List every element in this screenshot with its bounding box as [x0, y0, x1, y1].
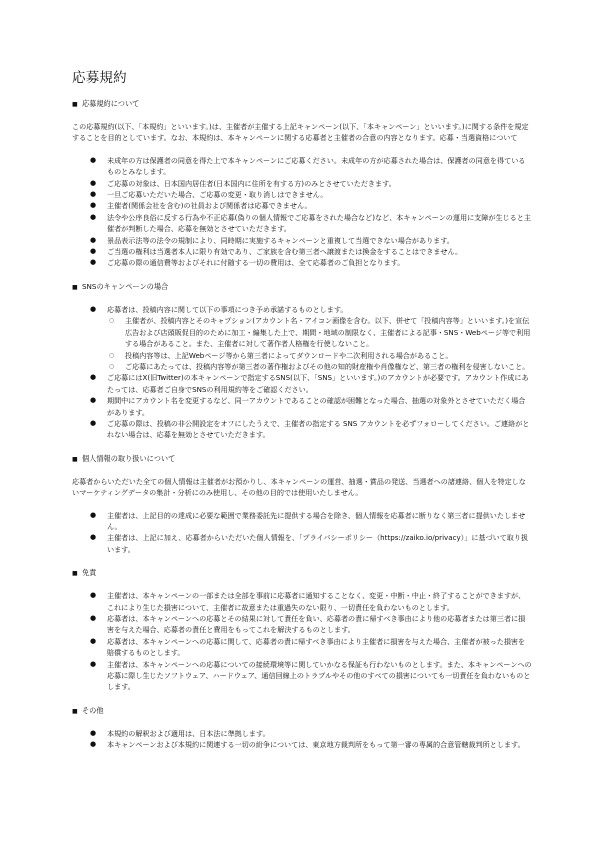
list-item: ●ご応募の際は、投稿の非公開設定をオフにしたうえで、主催者の指定する SNS ア… — [72, 418, 532, 441]
section-application-terms: ■ 応募規約について この応募規約(以下、「本規約」といいます。)は、主催者が主… — [72, 98, 532, 269]
list-item: ●応募者は、本キャンペーンへの応募とその結果に対して責任を負い、応募者の責に帰す… — [72, 613, 532, 636]
list-item: ●ご応募の際の通信費等およびそれに付随する一切の費用は、全て応募者のご負担となり… — [72, 257, 532, 268]
bullet-icon: ● — [90, 659, 96, 670]
sub-list-item: ○ご応募にあたっては、投稿内容等が第三者の著作権およびその他の知的財産権や肖像権… — [107, 361, 532, 372]
bullet-icon: ● — [90, 304, 96, 315]
sub-list-item: ○主催者が、投稿内容とそのキャプション(アカウント名・アイコン画像を含む。以下、… — [107, 315, 532, 349]
circle-bullet-icon: ○ — [109, 361, 114, 372]
bullet-icon: ● — [90, 246, 96, 257]
bullet-icon: ● — [90, 189, 96, 200]
section-heading: ■ その他 — [72, 705, 532, 717]
list-item: ●主催者は、本キャンペーンへの応募についての接続環境等に関していかなる保証も行わ… — [72, 659, 532, 693]
bullet-icon: ● — [90, 257, 96, 268]
list-item: ●期間中にアカウント名を変更するなど、同一アカウントであることの確認が困難となっ… — [72, 395, 532, 418]
list-item: ●応募者は、本キャンペーンへの応募に関して、応募者の責に帰すべき事由により主催者… — [72, 636, 532, 659]
bullet-list: ●主催者は、本キャンペーンの一部または全部を事前に応募者に通知することなく、変更… — [72, 590, 532, 693]
list-item: ●主催者(関係会社を含む)の社員および関係者は応募できません。 — [72, 200, 532, 211]
list-item: ●主催者は、上記目的の達成に必要な範囲で業務委託先に提供する場合を除き、個人情報… — [72, 510, 532, 533]
bullet-icon: ● — [90, 178, 96, 189]
bullet-list: ●応募者は、投稿内容に関して以下の事項につき予め承諾するものとします。 ○主催者… — [72, 304, 532, 441]
bullet-icon: ● — [90, 590, 96, 601]
section-paragraph: 応募者からいただいた全ての個人情報は主催者がお預かりし、本キャンペーンの運営、抽… — [72, 476, 532, 499]
bullet-icon: ● — [90, 212, 96, 223]
section-sns-campaign: ■ SNSのキャンペーンの場合 ●応募者は、投稿内容に関して以下の事項につき予め… — [72, 281, 532, 441]
document-page: 応募規約 ■ 応募規約について この応募規約(以下、「本規約」といいます。)は、… — [72, 66, 532, 763]
list-item: ●未成年の方は保護者の同意を得た上で本キャンペーンにご応募ください。未成年の方が… — [72, 155, 532, 178]
bullet-icon: ● — [90, 510, 96, 521]
square-marker-icon: ■ — [72, 708, 78, 715]
list-item: ●ご応募にはX(旧Twitter)の本キャンペーンで指定するSNS(以下、「SN… — [72, 372, 532, 395]
circle-bullet-icon: ○ — [109, 350, 114, 361]
section-paragraph: この応募規約(以下、「本規約」といいます。)は、主催者が主催する上記キャンペーン… — [72, 121, 532, 144]
square-marker-icon: ■ — [72, 456, 78, 463]
section-heading: ■ 個人情報の取り扱いについて — [72, 453, 532, 465]
bullet-icon: ● — [90, 739, 96, 750]
section-personal-information: ■ 個人情報の取り扱いについて 応募者からいただいた全ての個人情報は主催者がお預… — [72, 453, 532, 555]
bullet-list: ●主催者は、上記目的の達成に必要な範囲で業務委託先に提供する場合を除き、個人情報… — [72, 510, 532, 556]
list-item: ●景品表示法等の法令の規制により、同時期に実施するキャンペーンと重複して当選でき… — [72, 235, 532, 246]
bullet-icon: ● — [90, 395, 96, 406]
section-disclaimer: ■ 免責 ●主催者は、本キャンペーンの一部または全部を事前に応募者に通知すること… — [72, 567, 532, 693]
bullet-icon: ● — [90, 613, 96, 624]
bullet-list: ●本規約の解釈および適用は、日本法に準拠します。 ●本キャンペーンおよび本規約に… — [72, 728, 532, 751]
sub-list-item: ○投稿内容等は、上記Webページ等から第三者によってダウンロードや二次利用される… — [107, 350, 532, 361]
bullet-icon: ● — [90, 532, 96, 543]
list-item: ●本規約の解釈および適用は、日本法に準拠します。 — [72, 728, 532, 739]
bullet-icon: ● — [90, 728, 96, 739]
list-item: ●一旦ご応募いただいた場合、ご応募の変更・取り消しはできません。 — [72, 189, 532, 200]
section-other: ■ その他 ●本規約の解釈および適用は、日本法に準拠します。 ●本キャンペーンお… — [72, 705, 532, 751]
section-heading: ■ SNSのキャンペーンの場合 — [72, 281, 532, 293]
list-item: ●本キャンペーンおよび本規約に関連する一切の紛争については、東京地方裁判所をもっ… — [72, 739, 532, 750]
list-item: ●主催者は、本キャンペーンの一部または全部を事前に応募者に通知することなく、変更… — [72, 590, 532, 613]
section-heading: ■ 応募規約について — [72, 98, 532, 110]
bullet-icon: ● — [90, 418, 96, 429]
list-item: ●ご当選の権利は当選者本人に限り有効であり、ご家族を含む第三者へ譲渡または換金を… — [72, 246, 532, 257]
bullet-icon: ● — [90, 200, 96, 211]
bullet-list: ●未成年の方は保護者の同意を得た上で本キャンペーンにご応募ください。未成年の方が… — [72, 155, 532, 269]
square-marker-icon: ■ — [72, 570, 78, 577]
list-item: ●法令や公序良俗に反する行為や不正応募(偽りの個人情報でご応募をされた場合など)… — [72, 212, 532, 235]
circle-bullet-icon: ○ — [109, 315, 114, 326]
sub-bullet-list: ○主催者が、投稿内容とそのキャプション(アカウント名・アイコン画像を含む。以下、… — [107, 315, 532, 372]
list-item: ●ご応募の対象は、日本国内居住者(日本国内に住所を有する方)のみとさせていただき… — [72, 178, 532, 189]
document-title: 応募規約 — [72, 66, 532, 86]
bullet-icon: ● — [90, 636, 96, 647]
bullet-icon: ● — [90, 155, 96, 166]
bullet-icon: ● — [90, 372, 96, 383]
section-heading: ■ 免責 — [72, 567, 532, 579]
list-item: ●応募者は、投稿内容に関して以下の事項につき予め承諾するものとします。 ○主催者… — [72, 304, 532, 372]
square-marker-icon: ■ — [72, 101, 78, 108]
square-marker-icon: ■ — [72, 284, 78, 291]
list-item: ●主催者は、上記に加え、応募者からいただいた個人情報を、「プライバシーポリシー（… — [72, 532, 532, 555]
bullet-icon: ● — [90, 235, 96, 246]
